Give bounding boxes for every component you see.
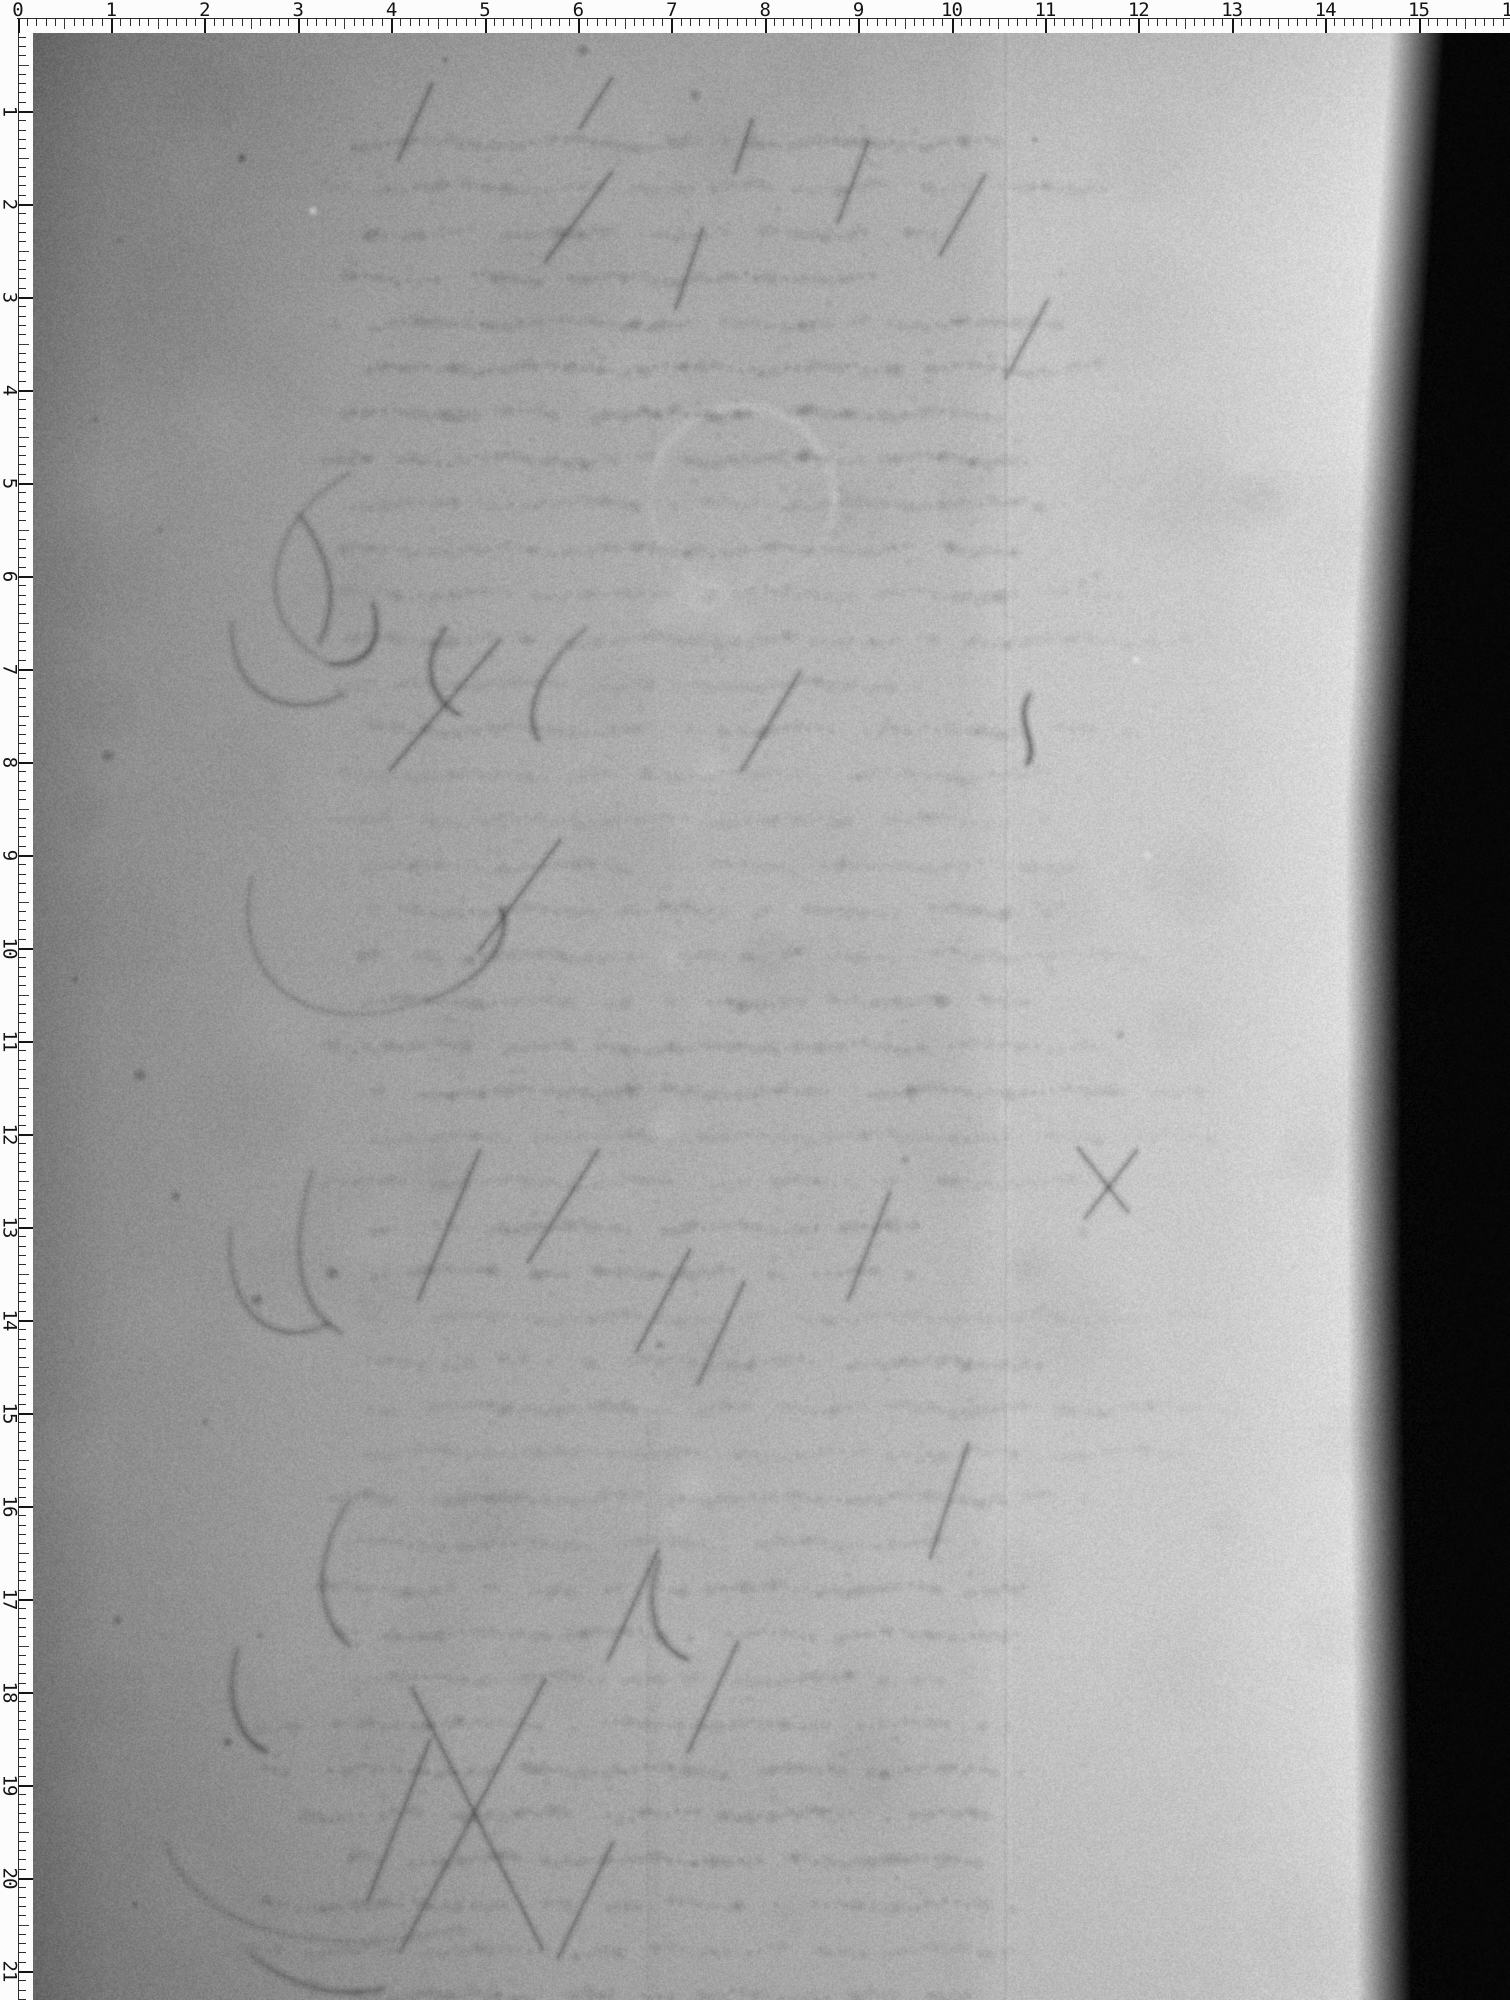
ruler-tick (19, 130, 26, 131)
ruler-tick (19, 269, 26, 270)
ruler-tick (19, 1078, 26, 1079)
ruler-top-label: 8 (759, 1, 769, 20)
ruler-tick (19, 55, 26, 56)
ruler-tick (298, 19, 300, 33)
ruler-tick (699, 19, 700, 26)
ruler-tick (19, 1711, 26, 1712)
ruler-tick (83, 19, 84, 26)
ruler-left-label: 5 (0, 478, 19, 488)
ruler-tick (19, 1432, 26, 1433)
ruler-tick (19, 1943, 26, 1944)
ruler-tick (19, 1543, 26, 1544)
ruler-tick (1204, 19, 1205, 26)
ruler-left-label: 3 (0, 292, 19, 302)
ruler-tick (905, 19, 906, 29)
ruler-tick (19, 557, 26, 558)
ruler-tick (19, 111, 33, 113)
ruler-tick (19, 1646, 29, 1647)
ruler-tick (176, 19, 177, 26)
ruler-tick (19, 1599, 33, 1601)
ruler-tick (19, 474, 26, 475)
ruler-tick (19, 1915, 26, 1916)
ruler-left-label: 10 (0, 938, 19, 959)
ruler-tick (19, 1553, 29, 1554)
ruler-top-label: 10 (941, 1, 962, 20)
ruler-tick (19, 1720, 26, 1721)
ruler-tick (19, 585, 26, 586)
ruler-tick (19, 464, 26, 465)
ruler-tick (19, 1906, 26, 1907)
ruler-tick (335, 19, 336, 26)
ruler-tick (1353, 19, 1354, 26)
ruler-tick (933, 19, 934, 26)
ruler-tick (19, 1841, 26, 1842)
ruler-tick (19, 1739, 29, 1740)
ruler-left-label: 17 (0, 1589, 19, 1610)
ruler-tick (1026, 19, 1027, 26)
ruler-tick (19, 1469, 26, 1470)
ruler-tick (1120, 19, 1121, 26)
ruler-tick (158, 19, 159, 29)
ruler-top-label: 0 (12, 1, 22, 20)
ruler-tick (1419, 19, 1421, 33)
ruler-tick (19, 995, 29, 996)
ruler-top-label: 2 (199, 1, 209, 20)
ruler-tick (19, 678, 26, 679)
ruler-tick (1232, 19, 1234, 33)
ruler-tick (19, 1673, 26, 1674)
ruler-tick (466, 19, 467, 26)
ruler-tick (1372, 19, 1373, 29)
ruler-tick (19, 920, 26, 921)
ruler-tick (867, 19, 868, 26)
ruler-tick (19, 316, 26, 317)
ruler-tick (19, 455, 26, 456)
ruler-tick (19, 1013, 26, 1014)
ruler-tick (410, 19, 411, 26)
ruler-tick (522, 19, 523, 26)
ruler-left-label: 8 (0, 757, 19, 767)
ruler-tick (681, 19, 682, 26)
ruler-left-label: 11 (0, 1031, 19, 1052)
ruler-tick (19, 1246, 26, 1247)
ruler-tick (19, 278, 26, 279)
ruler-top-label: 7 (666, 1, 676, 20)
ruler-tick (1157, 19, 1158, 26)
ruler-tick (19, 539, 26, 540)
ruler-tick (914, 19, 915, 26)
ruler-tick (195, 19, 196, 26)
ruler-tick (19, 1850, 26, 1851)
ruler-tick (615, 19, 616, 26)
ruler-tick (288, 19, 289, 26)
ruler-tick (19, 353, 26, 354)
ruler-tick (19, 1822, 26, 1823)
ruler-tick (19, 306, 26, 307)
ruler-tick (204, 19, 206, 33)
ruler-tick (19, 399, 26, 400)
ruler-tick (19, 1580, 26, 1581)
ruler-tick (1297, 19, 1298, 26)
ruler-tick (802, 19, 803, 26)
ruler-tick (64, 19, 65, 29)
ruler-tick (1475, 19, 1476, 26)
ruler-tick (19, 167, 26, 168)
ruler-tick (19, 1171, 26, 1172)
ruler-tick (19, 1487, 26, 1488)
ruler-tick (19, 520, 26, 521)
ruler-tick (1269, 19, 1270, 26)
ruler-tick (19, 771, 26, 772)
ruler-tick (19, 1208, 26, 1209)
ruler-tick (19, 223, 26, 224)
ruler-tick (690, 19, 691, 26)
ruler-tick (19, 567, 26, 568)
ruler-tick (783, 19, 784, 26)
ruler-tick (428, 19, 429, 26)
ruler-tick (1344, 19, 1345, 26)
ruler-tick (186, 19, 187, 26)
ruler-tick (27, 19, 28, 26)
ruler-tick (1325, 19, 1327, 33)
ruler-tick (774, 19, 775, 26)
ruler-tick (19, 1878, 33, 1880)
ruler-tick (372, 19, 373, 26)
ruler-tick (447, 19, 448, 26)
ruler-tick (19, 753, 26, 754)
ruler-left-label: 21 (0, 1961, 19, 1982)
ruler-left-label: 2 (0, 199, 19, 209)
ruler-tick (19, 390, 33, 392)
ruler-tick (19, 734, 26, 735)
ruler-tick (19, 1069, 26, 1070)
ruler-tick (19, 46, 26, 47)
ruler-tick (130, 19, 131, 26)
ruler-tick (1185, 19, 1186, 29)
ruler-tick (19, 288, 26, 289)
ruler-tick (19, 1897, 26, 1898)
ruler-tick (19, 1562, 26, 1563)
ruler-left-label: 13 (0, 1217, 19, 1238)
ruler-tick (19, 1097, 26, 1098)
ruler-top-label: 13 (1221, 1, 1242, 20)
ruler-tick (19, 799, 26, 800)
ruler-tick (354, 19, 355, 26)
ruler-tick (19, 344, 29, 345)
ruler-tick (19, 929, 26, 930)
ruler-tick (19, 502, 26, 503)
ruler-tick (19, 1283, 26, 1284)
ruler-tick (19, 762, 33, 764)
ruler-tick (19, 1655, 26, 1656)
ruler-left-label: 9 (0, 850, 19, 860)
ruler-tick (513, 19, 514, 26)
ruler-tick (19, 1478, 26, 1479)
ruler-tick (46, 19, 47, 26)
ruler-tick (19, 83, 26, 84)
ruler-tick (19, 1859, 26, 1860)
ruler-tick (19, 446, 26, 447)
ruler-top-label: 9 (853, 1, 863, 20)
ruler-tick (19, 1385, 26, 1386)
ruler-left-label: 19 (0, 1775, 19, 1796)
ruler-tick (19, 232, 26, 233)
ruler-tick (19, 836, 26, 837)
ruler-tick (718, 19, 719, 29)
ruler-tick (1008, 19, 1009, 26)
ruler-tick (19, 1571, 26, 1572)
ruler-tick (19, 92, 26, 93)
ruler-tick (475, 19, 476, 26)
ruler-tick (1278, 19, 1279, 29)
ruler-tick (19, 818, 26, 819)
ruler-tick (19, 371, 26, 372)
ruler-tick (19, 1804, 26, 1805)
ruler-tick (19, 492, 26, 493)
ruler-tick (989, 19, 990, 26)
ruler-tick (1101, 19, 1102, 26)
ruler-tick (1288, 19, 1289, 26)
ruler-tick (653, 19, 654, 26)
ruler-tick (19, 613, 26, 614)
ruler-tick (19, 251, 29, 252)
ruler-tick (232, 19, 233, 26)
ruler-tick (19, 781, 26, 782)
ruler-tick (19, 1441, 26, 1442)
ruler-tick (19, 1990, 26, 1991)
ruler-tick (19, 1339, 26, 1340)
ruler-tick (1400, 19, 1401, 26)
ruler-tick (19, 864, 26, 865)
ruler-tick (606, 19, 607, 26)
ruler-tick (19, 1636, 26, 1637)
ruler-tick (662, 19, 663, 26)
ruler-tick (19, 725, 26, 726)
ruler-tick (270, 19, 271, 26)
ruler-tick (895, 19, 896, 26)
ruler-tick (214, 19, 215, 26)
ruler-tick (634, 19, 635, 26)
ruler-tick (19, 1394, 26, 1395)
ruler-tick (19, 846, 26, 847)
ruler-tick (74, 19, 75, 26)
ruler-tick (19, 902, 29, 903)
ruler-tick (1362, 19, 1363, 26)
ruler-tick (19, 1041, 33, 1043)
ruler-top-label: 3 (292, 1, 302, 20)
ruler-tick (755, 19, 756, 26)
ruler-tick (19, 1134, 33, 1136)
ruler-tick (19, 418, 26, 419)
ruler-tick (391, 19, 393, 33)
archival-scan-page: 123456789101112131415161718192021 012345… (0, 0, 1510, 2000)
ruler-tick (307, 19, 308, 26)
ruler-tick (19, 185, 26, 186)
ruler-tick (19, 260, 26, 261)
ruler-tick (19, 362, 26, 363)
ruler-tick (19, 204, 33, 206)
ruler-tick (19, 1088, 29, 1089)
ruler-tick (849, 19, 850, 26)
ruler-tick (251, 19, 252, 29)
ruler-tick (19, 158, 29, 159)
ruler-tick (1064, 19, 1065, 26)
ruler-left-label: 16 (0, 1496, 19, 1517)
ruler-tick (19, 176, 26, 177)
ruler-tick (19, 1450, 26, 1451)
ruler-tick (19, 1413, 33, 1415)
ruler-tick (19, 967, 26, 968)
ruler-tick (19, 195, 26, 196)
ruler-top-label: 4 (386, 1, 396, 20)
ruler-tick (1176, 19, 1177, 26)
ruler-tick (793, 19, 794, 26)
ruler-tick (737, 19, 738, 26)
ruler-tick (19, 790, 26, 791)
ruler-tick (19, 1348, 26, 1349)
ruler-tick (1484, 19, 1485, 26)
ruler-tick (102, 19, 103, 26)
ruler-tick (19, 1227, 33, 1229)
ruler-tick (19, 1757, 26, 1758)
ruler-top: 012345678910111213141516 (0, 0, 1510, 33)
ruler-tick (19, 892, 26, 893)
ruler-tick (980, 19, 981, 26)
ruler-left-label: 14 (0, 1310, 19, 1331)
ruler-tick (279, 19, 280, 26)
ruler-tick (597, 19, 598, 26)
ruler-tick (19, 1292, 26, 1293)
ruler-tick (19, 697, 26, 698)
ruler-tick (709, 19, 710, 26)
ruler-tick (19, 139, 26, 140)
ruler-tick (1138, 19, 1140, 33)
ruler-tick (19, 1162, 26, 1163)
ruler-top-label: 12 (1128, 1, 1149, 20)
ruler-tick (587, 19, 588, 26)
ruler-tick (19, 65, 29, 66)
ruler-tick (1092, 19, 1093, 29)
ruler-tick (19, 148, 26, 149)
ruler-tick (19, 883, 26, 884)
ruler-tick (578, 19, 580, 33)
ruler-tick (19, 1692, 33, 1694)
ruler-tick (419, 19, 420, 26)
ruler-tick (148, 19, 149, 26)
ruler-tick (19, 576, 33, 578)
ruler-tick (260, 19, 261, 26)
ruler-tick (970, 19, 971, 26)
ruler-tick (19, 381, 26, 382)
ruler-tick (485, 19, 487, 33)
ruler-tick (19, 623, 29, 624)
ruler-tick (19, 102, 26, 103)
ruler-tick (821, 19, 822, 26)
ruler-tick (19, 976, 26, 977)
ruler-tick (19, 948, 33, 950)
ruler-tick (19, 1729, 26, 1730)
ruler-tick (19, 1460, 29, 1461)
ruler-tick (1465, 19, 1466, 29)
ruler-left: 123456789101112131415161718192021 (0, 0, 33, 2000)
ruler-tick (19, 1190, 26, 1191)
ruler-tick (1213, 19, 1214, 26)
ruler-tick (727, 19, 728, 26)
ruler-tick (19, 1934, 26, 1935)
ruler-tick (886, 19, 887, 26)
ruler-tick (19, 595, 26, 596)
ruler-tick (19, 1534, 26, 1535)
ruler-tick (19, 427, 26, 428)
ruler-tick (120, 19, 121, 26)
ruler-tick (316, 19, 317, 26)
ruler-tick (811, 19, 812, 29)
ruler-tick (19, 874, 26, 875)
ruler-tick (223, 19, 224, 26)
ruler-tick (139, 19, 140, 26)
ruler-tick (671, 19, 673, 33)
ruler-tick (111, 19, 113, 33)
ruler-tick (19, 855, 33, 857)
ruler-top-label: 16 (1501, 1, 1510, 20)
ruler-tick (559, 19, 560, 26)
ruler-tick (19, 1748, 26, 1749)
ruler-tick (19, 688, 26, 689)
ruler-top-label: 6 (573, 1, 583, 20)
ruler-tick (19, 213, 26, 214)
ruler-tick (531, 19, 532, 29)
ruler-tick (400, 19, 401, 26)
ruler-tick (1306, 19, 1307, 26)
ruler-top-label: 5 (479, 1, 489, 20)
ruler-tick (19, 1627, 26, 1628)
ruler-tick (19, 1832, 29, 1833)
ruler-left-label: 4 (0, 385, 19, 395)
ruler-tick (19, 325, 26, 326)
ruler-tick (19, 1664, 26, 1665)
ruler-tick (19, 297, 33, 299)
ruler-tick (746, 19, 747, 26)
ruler-tick (19, 632, 26, 633)
ruler-tick (19, 743, 26, 744)
ruler-tick (19, 1060, 26, 1061)
ruler-tick (92, 19, 93, 26)
ruler-tick (1082, 19, 1083, 26)
ruler-tick (19, 409, 26, 410)
ruler-top-label: 11 (1034, 1, 1055, 20)
ruler-tick (1166, 19, 1167, 26)
ruler-tick (19, 1004, 26, 1005)
ruler-tick (19, 660, 26, 661)
ruler-tick (643, 19, 644, 26)
ruler-tick (550, 19, 551, 26)
ruler-tick (242, 19, 243, 26)
ruler-tick (326, 19, 327, 26)
ruler-tick (19, 650, 26, 651)
ruler-tick (19, 1153, 26, 1154)
ruler-tick (55, 19, 56, 26)
ruler-tick (952, 19, 954, 33)
ruler-tick (19, 1925, 29, 1926)
ruler-tick (998, 19, 999, 29)
ruler-tick (456, 19, 457, 26)
ruler-tick (19, 1525, 26, 1526)
ruler-tick (19, 1618, 26, 1619)
ruler-tick (19, 1971, 33, 1973)
ruler-tick (19, 716, 29, 717)
ruler-tick (19, 37, 26, 38)
ruler-tick (18, 19, 20, 33)
